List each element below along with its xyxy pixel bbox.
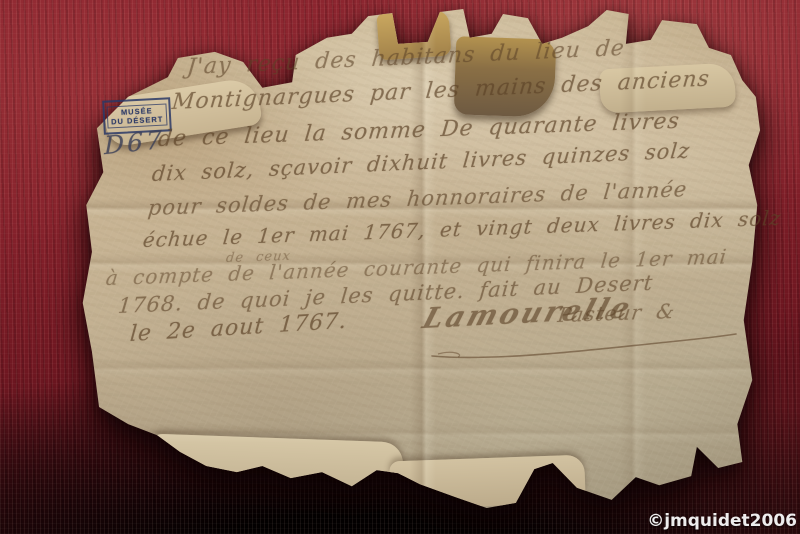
signature-title: Pasteur & (556, 299, 677, 327)
signature-flourish (428, 330, 740, 362)
inventory-number: D67 (104, 125, 165, 161)
photograph: MUSÉE DU DÉSERT D67 J'ay reçu des habita… (0, 0, 800, 534)
photographer-watermark: ©jmquidet2006 (647, 511, 797, 531)
handwriting-layer: MUSÉE DU DÉSERT D67 J'ay reçu des habita… (0, 0, 800, 534)
